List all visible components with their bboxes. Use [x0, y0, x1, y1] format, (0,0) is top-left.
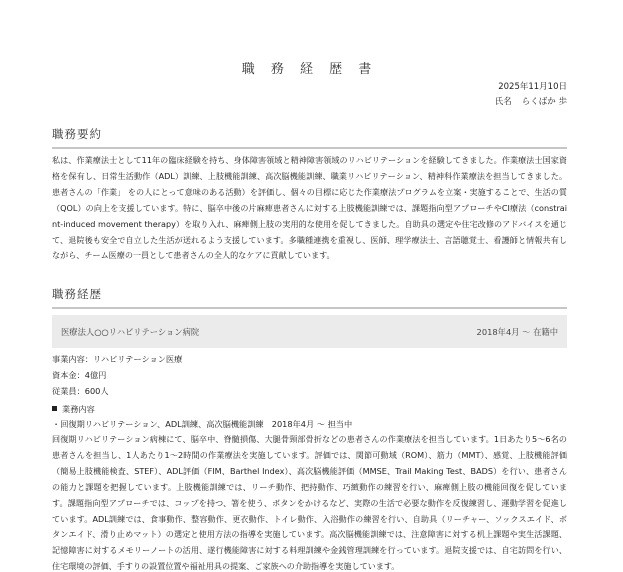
applicant-name: 氏名らくばか 歩 [495, 95, 567, 107]
section-heading-summary: 職務要約 [52, 126, 567, 149]
section-heading-history: 職務経歴 [52, 286, 567, 309]
company-header: 医療法人○○リハビリテーション病院 2018年4月 〜 在籍中 [52, 315, 567, 348]
document-title: 職 務 経 歴 書 [52, 58, 567, 77]
duty-description: 回復期リハビリテーション病棟にて、脳卒中、脊髄損傷、大腿骨頸部骨折などの患者さん… [52, 432, 567, 572]
company-business: 事業内容：リハビリテーション医療 [52, 354, 182, 365]
summary-text: 私は、作業療法士として11年の臨床経験を持ち、身体障害領域と精神障害領域のリハビ… [52, 153, 567, 264]
duties-heading: 業務内容 [52, 404, 95, 415]
company-name: 医療法人○○リハビリテーション病院 [61, 326, 199, 338]
company-capital: 資本金：4億円 [52, 370, 106, 381]
company-period: 2018年4月 〜 在籍中 [477, 326, 558, 338]
duty-title: ・回復期リハビリテーション、ADL訓練、高次脳機能訓練 2018年4月 〜 担当… [52, 419, 352, 430]
name-label: 氏名 [495, 97, 512, 107]
name-value: らくばか 歩 [522, 97, 567, 107]
duties-heading-label: 業務内容 [62, 404, 95, 414]
company-employees: 従業員：600人 [52, 386, 109, 397]
document-date: 2025年11月10日 [498, 80, 567, 92]
square-bullet-icon [52, 406, 57, 411]
